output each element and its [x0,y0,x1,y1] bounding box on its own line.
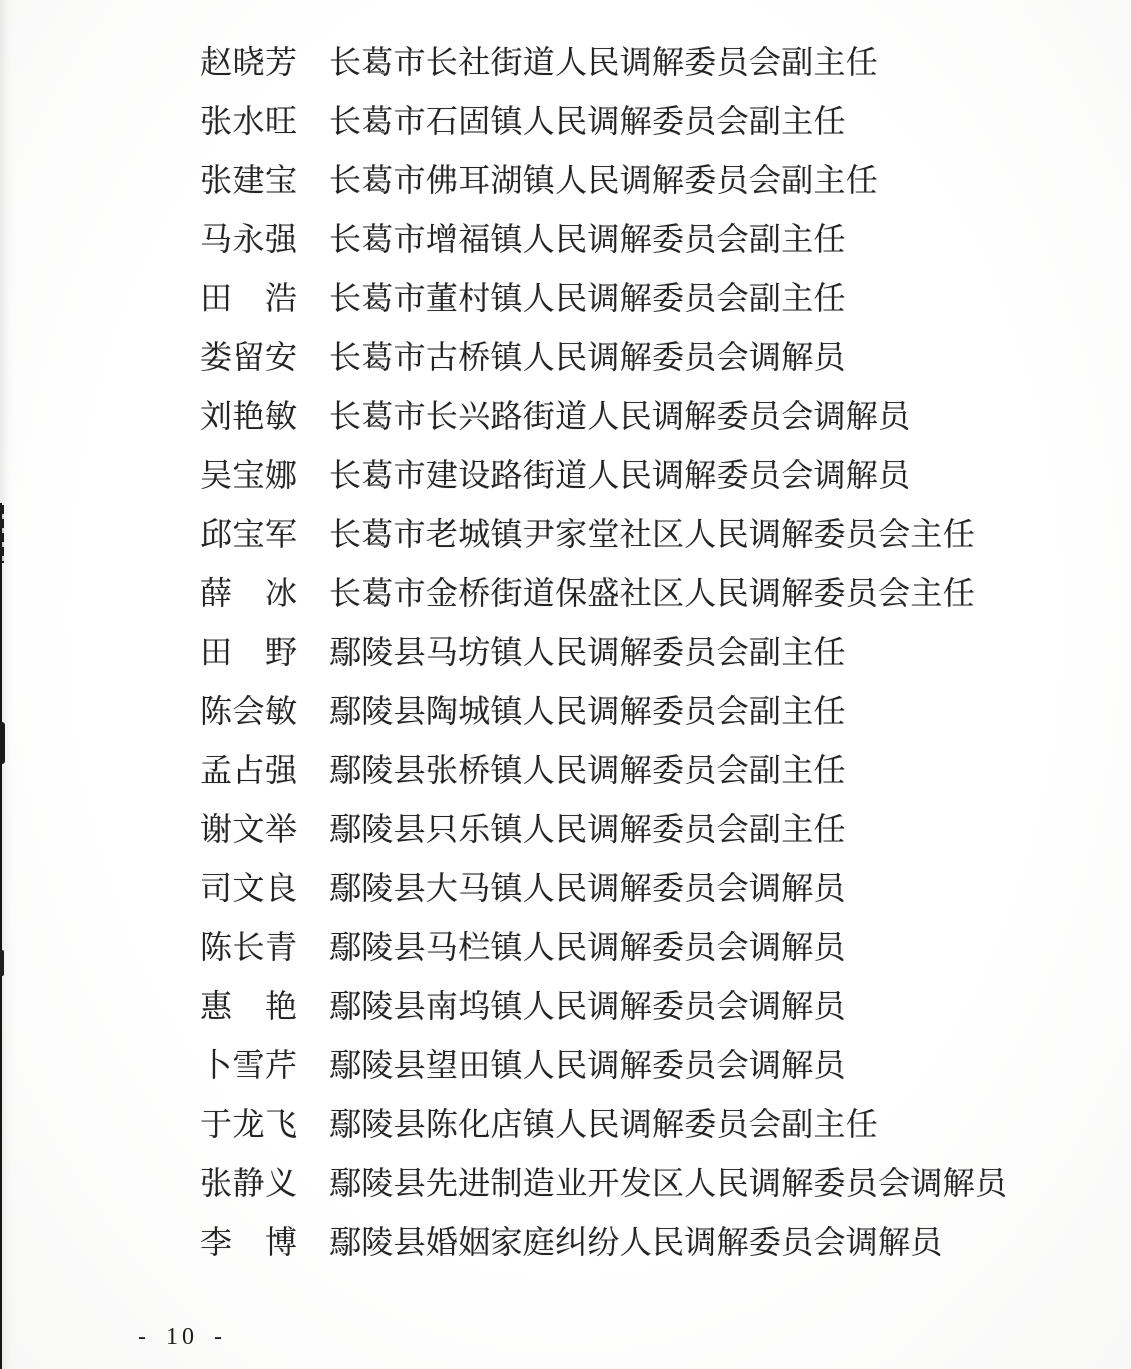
person-name: 田 野 [200,623,297,682]
person-title: 鄢陵县南坞镇人民调解委员会调解员 [329,977,846,1036]
roster-row: 李 博鄢陵县婚姻家庭纠纷人民调解委员会调解员 [0,1213,1131,1272]
person-name: 吴宝娜 [200,446,297,505]
person-title: 鄢陵县望田镇人民调解委员会调解员 [329,1036,846,1095]
person-name: 张建宝 [200,151,297,210]
scanned-document-page: 赵晓芳长葛市长社街道人民调解委员会副主任 张水旺长葛市石固镇人民调解委员会副主任… [0,0,1131,1369]
person-title: 鄢陵县先进制造业开发区人民调解委员会调解员 [329,1154,1007,1213]
person-title: 鄢陵县大马镇人民调解委员会调解员 [329,859,846,918]
person-title: 长葛市金桥街道保盛社区人民调解委员会主任 [329,564,975,623]
page-number: - 10 - [138,1324,226,1351]
person-title: 鄢陵县陶城镇人民调解委员会副主任 [329,682,846,741]
person-name: 卜雪芹 [200,1036,297,1095]
roster-row: 孟占强鄢陵县张桥镇人民调解委员会副主任 [0,741,1131,800]
roster-row: 卜雪芹鄢陵县望田镇人民调解委员会调解员 [0,1036,1131,1095]
roster-row: 惠 艳鄢陵县南坞镇人民调解委员会调解员 [0,977,1131,1036]
roster-row: 赵晓芳长葛市长社街道人民调解委员会副主任 [0,33,1131,92]
person-title: 长葛市古桥镇人民调解委员会调解员 [329,328,846,387]
person-name: 张静义 [200,1154,297,1213]
person-title: 长葛市石固镇人民调解委员会副主任 [329,92,846,151]
person-name: 惠 艳 [200,977,297,1036]
person-title: 长葛市董村镇人民调解委员会副主任 [329,269,846,328]
roster-row: 张水旺长葛市石固镇人民调解委员会副主任 [0,92,1131,151]
roster-row: 田 浩长葛市董村镇人民调解委员会副主任 [0,269,1131,328]
person-title: 长葛市建设路街道人民调解委员会调解员 [329,446,910,505]
person-title: 鄢陵县陈化店镇人民调解委员会副主任 [329,1095,878,1154]
person-name: 于龙飞 [200,1095,297,1154]
person-title: 长葛市长社街道人民调解委员会副主任 [329,33,878,92]
person-name: 陈长青 [200,918,297,977]
person-name: 陈会敏 [200,682,297,741]
person-name: 邱宝军 [200,505,297,564]
roster-row: 司文良鄢陵县大马镇人民调解委员会调解员 [0,859,1131,918]
roster-row: 刘艳敏长葛市长兴路街道人民调解委员会调解员 [0,387,1131,446]
person-title: 鄢陵县马坊镇人民调解委员会副主任 [329,623,846,682]
person-name: 薛 冰 [200,564,297,623]
person-title: 鄢陵县马栏镇人民调解委员会调解员 [329,918,846,977]
person-title: 鄢陵县只乐镇人民调解委员会副主任 [329,800,846,859]
roster-row: 陈长青鄢陵县马栏镇人民调解委员会调解员 [0,918,1131,977]
person-name: 田 浩 [200,269,297,328]
person-title: 长葛市老城镇尹家堂社区人民调解委员会主任 [329,505,975,564]
roster-row: 吴宝娜长葛市建设路街道人民调解委员会调解员 [0,446,1131,505]
roster-row: 陈会敏鄢陵县陶城镇人民调解委员会副主任 [0,682,1131,741]
roster-row: 田 野鄢陵县马坊镇人民调解委员会副主任 [0,623,1131,682]
roster-row: 薛 冰长葛市金桥街道保盛社区人民调解委员会主任 [0,564,1131,623]
person-title: 长葛市佛耳湖镇人民调解委员会副主任 [329,151,878,210]
person-name: 赵晓芳 [200,33,297,92]
person-name: 娄留安 [200,328,297,387]
roster-row: 邱宝军长葛市老城镇尹家堂社区人民调解委员会主任 [0,505,1131,564]
roster-row: 马永强长葛市增福镇人民调解委员会副主任 [0,210,1131,269]
roster-row: 谢文举鄢陵县只乐镇人民调解委员会副主任 [0,800,1131,859]
roster-row: 娄留安长葛市古桥镇人民调解委员会调解员 [0,328,1131,387]
person-name: 刘艳敏 [200,387,297,446]
person-name: 张水旺 [200,92,297,151]
person-title: 鄢陵县婚姻家庭纠纷人民调解委员会调解员 [329,1213,943,1272]
person-name: 司文良 [200,859,297,918]
roster-row: 张建宝长葛市佛耳湖镇人民调解委员会副主任 [0,151,1131,210]
person-title: 长葛市增福镇人民调解委员会副主任 [329,210,846,269]
person-name: 孟占强 [200,741,297,800]
mediator-roster-list: 赵晓芳长葛市长社街道人民调解委员会副主任 张水旺长葛市石固镇人民调解委员会副主任… [0,33,1131,1272]
roster-row: 张静义鄢陵县先进制造业开发区人民调解委员会调解员 [0,1154,1131,1213]
person-name: 谢文举 [200,800,297,859]
roster-row: 于龙飞鄢陵县陈化店镇人民调解委员会副主任 [0,1095,1131,1154]
person-title: 长葛市长兴路街道人民调解委员会调解员 [329,387,910,446]
person-name: 李 博 [200,1213,297,1272]
person-title: 鄢陵县张桥镇人民调解委员会副主任 [329,741,846,800]
person-name: 马永强 [200,210,297,269]
